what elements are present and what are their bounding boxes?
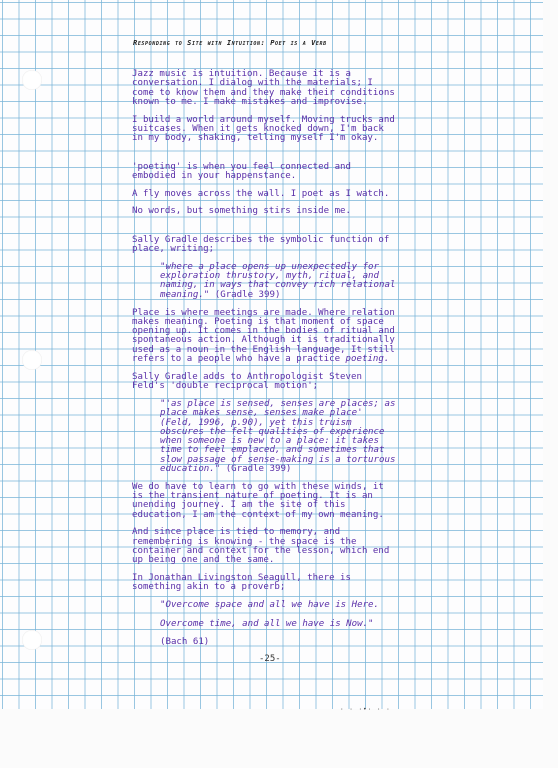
emphasis-poeting: poeting. xyxy=(346,354,390,364)
scanned-page: Responding to Site with Intuition: Poet … xyxy=(0,0,558,768)
running-head: Responding to Site with Intuition: Poet … xyxy=(133,39,327,47)
paragraph-feld-intro: Sally Gradle adds to Anthropologist Stev… xyxy=(132,373,422,392)
paragraph-seagull-intro: In Jonathan Livingston Seagull, there is… xyxy=(132,574,422,593)
paragraph-jazz: Jazz music is intuition. Because it is a… xyxy=(132,70,422,107)
graph-paper-sheet: Responding to Site with Intuition: Poet … xyxy=(0,0,543,709)
hole-punch-middle xyxy=(22,350,42,370)
hole-punch-bottom xyxy=(22,630,42,650)
page-body: Jazz music is intuition. Because it is a… xyxy=(132,70,422,647)
paragraph-winds: We do have to learn to go with these win… xyxy=(132,483,422,520)
page-number: -25- xyxy=(259,654,281,664)
paragraph-memory: And since place is tied to memory, and r… xyxy=(132,528,422,565)
paragraph-fly: A fly moves across the wall. I poet as I… xyxy=(132,190,422,199)
paragraph-no-words: No words, but something stirs inside me. xyxy=(132,207,422,216)
proverb-citation: (Bach 61) xyxy=(160,638,422,647)
quote-citation: (Gradle 399) xyxy=(209,290,280,300)
quote-citation: (Gradle 399) xyxy=(220,464,291,474)
paragraph-gradle-intro: Sally Gradle describes the symbolic func… xyxy=(132,236,422,255)
proverb-line-1: "Overcome space and all we have is Here. xyxy=(160,601,422,610)
paragraph-world: I build a world around myself. Moving tr… xyxy=(132,116,422,144)
block-quote-gradle-1: "where a place opens up unexpectedly for… xyxy=(160,263,422,300)
paragraph-poeting-definition: 'poeting' is when you feel connected and… xyxy=(132,163,422,182)
paragraph-place: Place is where meetings are made. Where … xyxy=(132,309,422,365)
quote-text: "'as place is sensed, senses are places;… xyxy=(160,399,395,474)
proverb-line-2: Overcome time, and all we have is Now." xyxy=(160,620,422,629)
scan-specks: · · ·•· · · xyxy=(340,706,391,713)
block-quote-gradle-2: "'as place is sensed, senses are places;… xyxy=(160,400,422,474)
hole-punch-top xyxy=(22,70,42,90)
